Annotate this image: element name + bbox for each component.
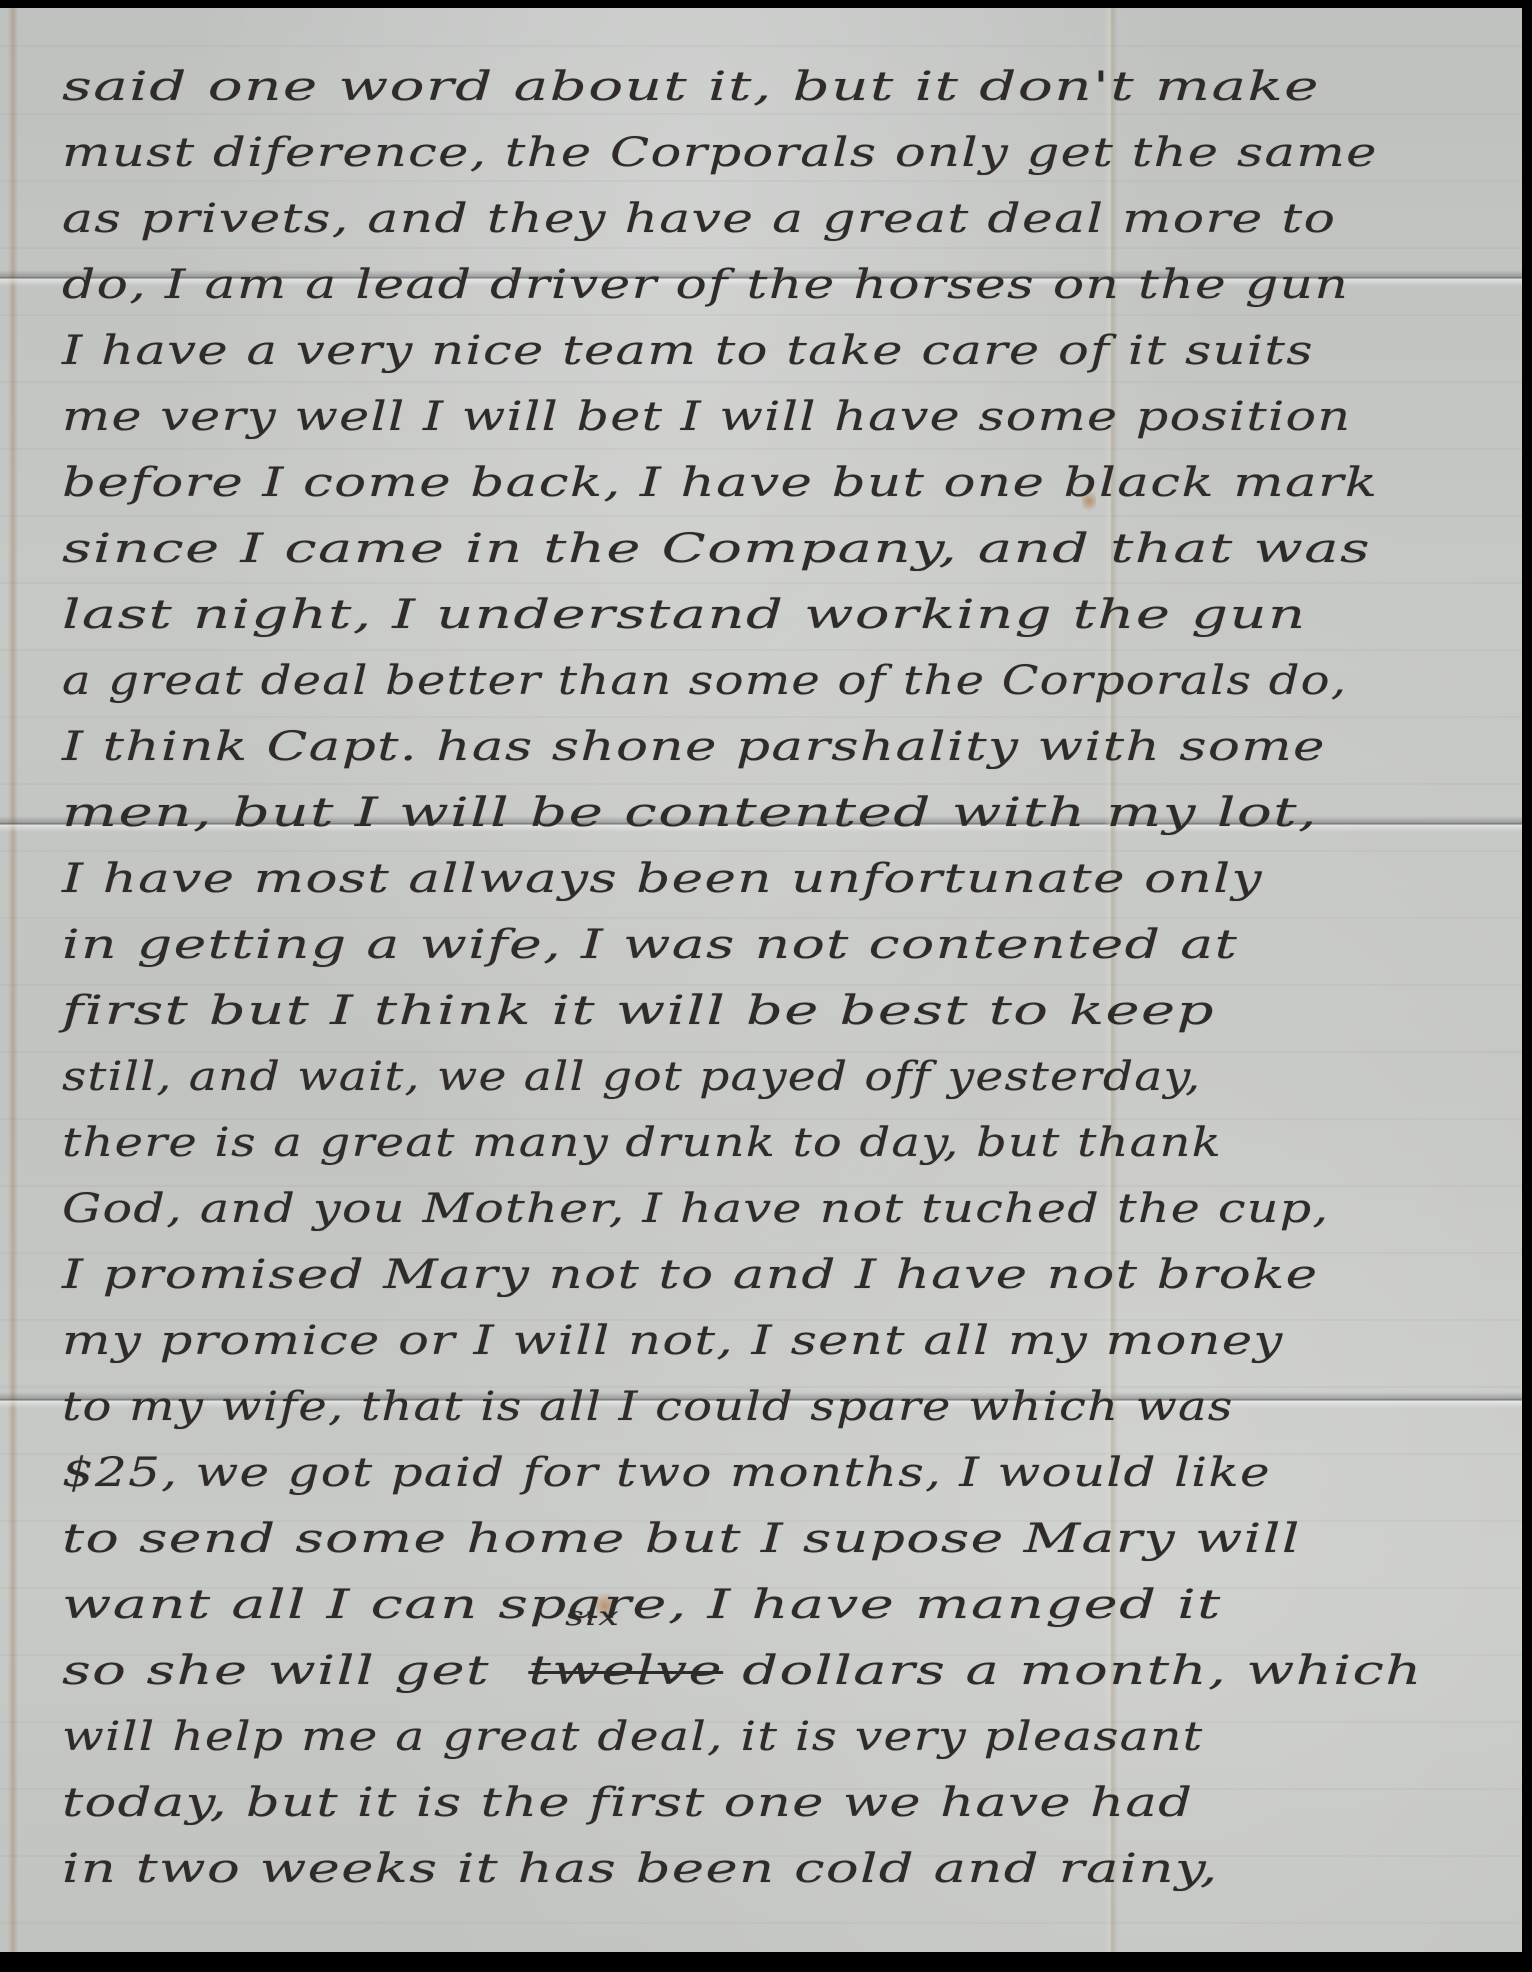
letter-line: today, but it is the first one we have h… [62, 1770, 1522, 1836]
letter-line: must diference, the Corporals only get t… [62, 120, 1522, 186]
letter-line: do, I am a lead driver of the horses on … [62, 252, 1522, 318]
letter-line: to send some home but I supose Mary will [62, 1506, 1522, 1572]
letter-line: men, but I will be contented with my lot… [62, 780, 1522, 846]
letter-line: will help me a great deal, it is very pl… [62, 1704, 1522, 1770]
letter-line: want all I can spare, I have manged it [62, 1572, 1522, 1638]
letter-line: God, and you Mother, I have not tuched t… [62, 1176, 1522, 1242]
letter-line: to my wife, that is all I could spare wh… [62, 1374, 1522, 1440]
letter-body: said one word about it, but it don't mak… [62, 54, 1492, 1902]
left-edge-stain [8, 8, 18, 1952]
letter-line: since I came in the Company, and that wa… [62, 516, 1522, 582]
letter-line: still, and wait, we all got payed off ye… [62, 1044, 1522, 1110]
letter-line: last night, I understand working the gun [62, 582, 1522, 648]
struck-word: twelve [528, 1648, 723, 1694]
letter-line: as privets, and they have a great deal m… [62, 186, 1522, 252]
line-end: dollars a month, which [742, 1648, 1422, 1694]
letter-line: I think Capt. has shone parshality with … [62, 714, 1522, 780]
letter-line-with-correction: so she will get twelve six dollars a mon… [62, 1638, 1522, 1704]
letter-line: my promice or I will not, I sent all my … [62, 1308, 1522, 1374]
letter-line: I have most allways been unfortunate onl… [62, 846, 1522, 912]
letter-line: in getting a wife, I was not contented a… [62, 912, 1522, 978]
letter-line: first but I think it will be best to kee… [62, 978, 1522, 1044]
letter-line: a great deal better than some of the Cor… [62, 648, 1522, 714]
letter-line: before I come back, I have but one black… [62, 450, 1522, 516]
letter-line: in two weeks it has been cold and rainy, [62, 1836, 1522, 1902]
letter-line: I have a very nice team to take care of … [62, 318, 1522, 384]
correction: twelve six [509, 1638, 723, 1704]
letter-line: said one word about it, but it don't mak… [62, 54, 1522, 120]
letter-line: me very well I will bet I will have some… [62, 384, 1522, 450]
letter-line: I promised Mary not to and I have not br… [62, 1242, 1522, 1308]
inserted-word: six [565, 1604, 620, 1630]
line-start: so she will get [62, 1648, 490, 1694]
letter-paper: said one word about it, but it don't mak… [0, 8, 1522, 1952]
letter-line: $25, we got paid for two months, I would… [62, 1440, 1522, 1506]
letter-line: there is a great many drunk to day, but … [62, 1110, 1522, 1176]
